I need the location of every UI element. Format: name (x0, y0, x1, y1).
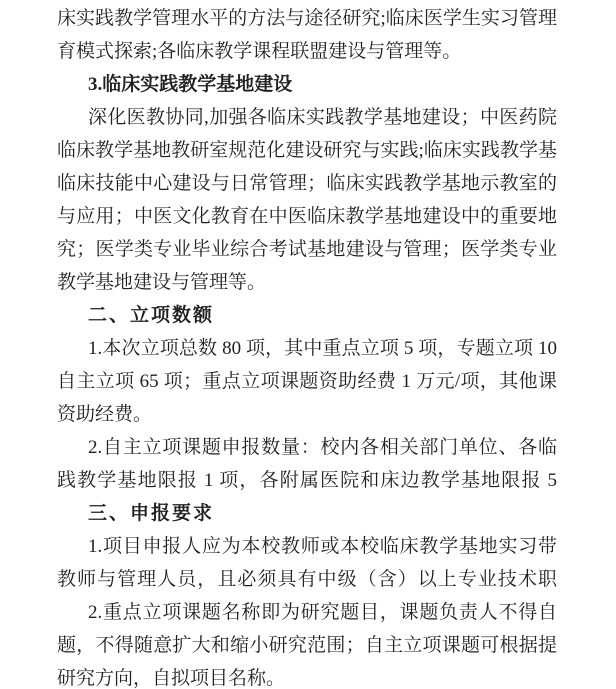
paragraph-line: 究；医学类专业毕业综合考试基地建设与管理；医学类专业床边 (57, 233, 557, 266)
paragraph-line: 临床技能中心建设与日常管理；临床实践教学基地示教室的建设 (57, 167, 557, 200)
section-heading: 二、立项数额 (57, 299, 557, 332)
section-heading: 三、申报要求 (57, 497, 557, 530)
paragraph-line: 2.重点立项课题名称即为研究题目，课题负责人不得自行命 (57, 596, 557, 629)
paragraph-line: 1.项目申报人应为本校教师或本校临床教学基地实习带教 (57, 530, 557, 563)
paragraph-line: 2.自主立项课题申报数量：校内各相关部门单位、各临床实 (57, 431, 557, 464)
document-page: 床实践教学管理水平的方法与途径研究;临床医学生实习管理教 育模式探索;各临床教学… (0, 0, 616, 689)
paragraph-line: 育模式探索;各临床教学课程联盟建设与管理等。 (57, 35, 557, 68)
paragraph-line: 践教学基地限报 1 项，各附属医院和床边教学基地限报 5 项。 (57, 464, 557, 497)
paragraph-line: 教学基地建设与管理等。 (57, 266, 557, 299)
paragraph-line: 临床教学基地教研室规范化建设研究与实践;临床实践教学基地 (57, 134, 557, 167)
paragraph-line: 资助经费。 (57, 398, 557, 431)
paragraph-line: 床实践教学管理水平的方法与途径研究;临床医学生实习管理教 (57, 2, 557, 35)
paragraph-line: 教师与管理人员，且必须具有中级（含）以上专业技术职称。 (57, 563, 557, 596)
paragraph-line: 自主立项 65 项；重点立项课题资助经费 1 万元/项，其他课题无 (57, 365, 557, 398)
paragraph-line: 深化医教协同,加强各临床实践教学基地建设；中医药院校 (57, 101, 557, 134)
paragraph-line: 1.本次立项总数 80 项，其中重点立项 5 项，专题立项 10 项， (57, 332, 557, 365)
paragraph-line: 题，不得随意扩大和缩小研究范围；自主立项课题可根据提供的 (57, 629, 557, 662)
paragraph-line: 研究方向，自拟项目名称。 (57, 662, 557, 689)
sub-heading: 3.临床实践教学基地建设 (57, 68, 557, 101)
paragraph-line: 与应用；中医文化教育在中医临床教学基地建设中的重要地位研 (57, 200, 557, 233)
